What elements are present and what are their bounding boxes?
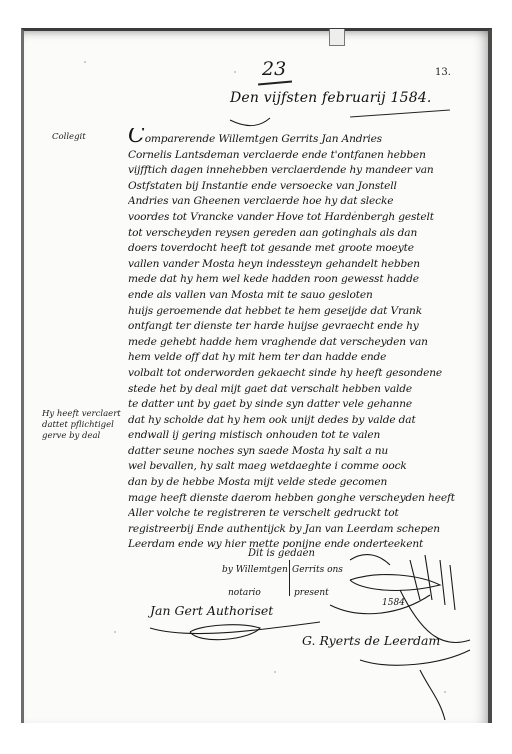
closing-line-2-left: by Willemtgen	[222, 565, 288, 575]
body-line: Aller volche te registreren te verschelt…	[128, 506, 478, 522]
closing-line-3-right: present	[294, 588, 329, 598]
manuscript-body: Comparerende Willemtgen Gerrits Jan Andr…	[128, 128, 478, 553]
margin-note-line: Hy heeft verclaert	[42, 409, 121, 420]
body-line: mede gehebt hadde hem vraghende dat vers…	[128, 335, 478, 351]
paper-speck	[274, 671, 276, 673]
body-line: ontfangt ter dienste ter harde huijse ge…	[128, 319, 478, 335]
body-line: voordes tot Vrancke vander Hove tot Hard…	[128, 210, 478, 226]
body-line: Ostfstaten bij Instantie ende versoecke …	[128, 179, 478, 195]
closing-year: 1584	[382, 598, 405, 608]
body-line: wel bevallen, hy salt maeg wetdaeghte i …	[128, 459, 478, 475]
body-line: doers toverdocht heeft tot gesande met g…	[128, 241, 478, 257]
folio-number: 23	[262, 58, 286, 80]
paper-speck	[444, 691, 446, 693]
body-line: Comparerende Willemtgen Gerrits Jan Andr…	[128, 128, 478, 148]
witness-signature: G. Ryerts de Leerdam	[302, 633, 440, 648]
margin-note-middle: Hy heeft verclaert dattet pflichtigel ge…	[42, 409, 121, 442]
body-line: stede het by deal mijt gaet dat verschal…	[128, 382, 478, 398]
paper-speck	[114, 631, 116, 633]
body-line: huijs geroemende dat hebbet te hem gesei…	[128, 304, 478, 320]
page-tab-mark	[329, 29, 345, 46]
body-line: ende als vallen van Mosta mit te sauo ge…	[128, 288, 478, 304]
body-line: volbalt tot onderworden gekaecht sinde h…	[128, 366, 478, 382]
closing-line-3-left: notario	[228, 588, 261, 598]
body-line: tot verscheyden reysen gereden aan gotin…	[128, 226, 478, 242]
body-line: Andries van Gheenen verclaerde hoe hy da…	[128, 194, 478, 210]
body-line: dan by de hebbe Mosta mijt velde stede g…	[128, 475, 478, 491]
body-line: datter seune noches syn saede Mosta hy s…	[128, 444, 478, 460]
body-line: te datter unt by gaet by sinde syn datte…	[128, 397, 478, 413]
notary-signature: Jan Gert Authoriset	[150, 603, 273, 618]
body-line: mede dat hy hem wel kede hadden roon gew…	[128, 272, 478, 288]
closing-line-1: Dit is gedaen	[248, 548, 315, 559]
body-line: registreerbij Ende authentijck by Jan va…	[128, 522, 478, 538]
margin-note-top: Collegit	[52, 132, 86, 143]
body-line: mage heeft dienste daerom hebben gonghe …	[128, 491, 478, 507]
body-line: endwall ij gering mistisch onhouden tot …	[128, 428, 478, 444]
date-heading: Den vijfsten februarij 1584.	[230, 90, 432, 106]
body-line: Cornelis Lantsdeman verclaerde ende t'on…	[128, 148, 478, 164]
paper-speck	[234, 71, 236, 73]
page-number: 13.	[435, 67, 451, 78]
body-line: dat hy scholde dat hy hem ook unijt dede…	[128, 413, 478, 429]
margin-note-line: dattet pflichtigel	[42, 420, 121, 431]
paper-speck	[84, 61, 86, 63]
closing-divider	[289, 560, 290, 596]
margin-note-line: gerve by deal	[42, 431, 121, 442]
body-line: vallen vander Mosta heyn indessteyn geha…	[128, 257, 478, 273]
closing-line-2-right: Gerrits ons	[292, 565, 343, 575]
body-line: hem velde off dat hy mit hem ter dan had…	[128, 350, 478, 366]
body-line: vijfftich dagen innehebben verclaerdende…	[128, 163, 478, 179]
